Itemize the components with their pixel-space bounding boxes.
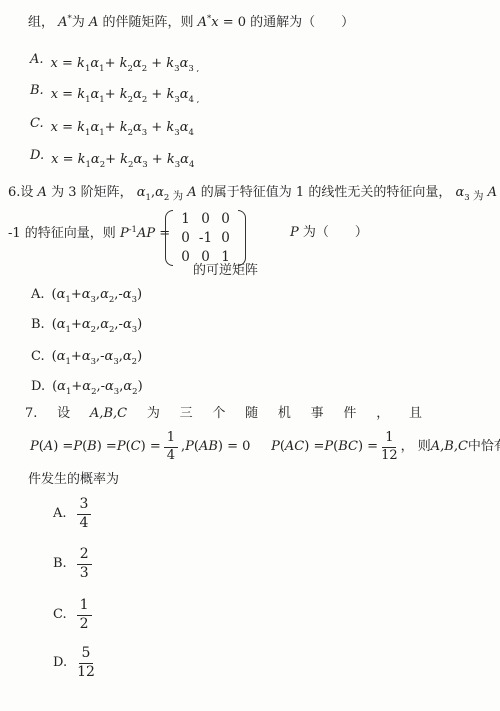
q6-option-d-label: D. — [31, 379, 45, 394]
q6-option-b: B.(α1+α2,α2,-α3) — [31, 318, 142, 336]
q5-stem: 组， A*为 A 的伴随矩阵，则 A*x = 0 的通解为（ ） — [28, 15, 354, 31]
matrix-grid: 1000-10001 — [173, 210, 238, 266]
q5-option-a-label: A. — [30, 52, 44, 67]
q5-option-d-label: D. — [30, 148, 44, 163]
q7-option-b: B.23 — [53, 547, 95, 581]
q6-stem-line2: -1 的特征向量，则 P-1AP = — [8, 226, 170, 242]
q7-option-c-label: C. — [53, 608, 67, 623]
q6-option-c: C.(α1+α3,-α3,α2) — [31, 350, 142, 368]
matrix-right-paren — [238, 210, 246, 266]
q7-option-b-label: B. — [53, 557, 67, 572]
q5-option-b: B.x = k1α1+ k2α2 + k3α4 , — [30, 88, 199, 106]
q6-option-b-label: B. — [31, 317, 45, 332]
q5-option-a: A.x = k1α1+ k2α2 + k3α3 , — [30, 57, 199, 75]
q6-option-b-formula: (α1+α2,α2,-α3) — [52, 317, 143, 332]
q6-diagonal-matrix: 1000-10001 的可逆矩阵 — [165, 210, 246, 266]
q6-option-a-label: A. — [31, 287, 45, 302]
q7-option-c-value: 12 — [74, 598, 95, 632]
q5-option-b-formula: x = k1α1+ k2α2 + k3α4 , — [51, 87, 200, 102]
q7-stem-line1: 7.设A,B,C为三个随机事件，且 — [25, 407, 422, 422]
q7-option-a-label: A. — [53, 507, 67, 522]
q6-option-a: A.(α1+α3,α2,-α3) — [31, 288, 142, 306]
q7-option-d: D.512 — [53, 646, 98, 680]
q5-option-c: C.x = k1α1+ k2α3 + k3α4 — [30, 121, 194, 139]
q5-option-c-formula: x = k1α1+ k2α3 + k3α4 — [51, 120, 194, 135]
q7-option-a: A.34 — [53, 497, 94, 531]
q5-option-a-formula: x = k1α1+ k2α2 + k3α3 , — [51, 56, 200, 71]
q7-option-d-value: 512 — [74, 646, 98, 680]
q6-option-c-label: C. — [31, 349, 45, 364]
q6-option-d-formula: (α1+α2,-α3,α2) — [52, 379, 143, 394]
q6-answer-prompt: P 为（ ） — [290, 226, 368, 241]
matrix-left-paren — [165, 210, 173, 266]
q7-option-b-value: 23 — [74, 547, 95, 581]
q6-stem-line1: 6.设 A 为 3 阶矩阵， α1,α2 为 A 的属于特征值为 1 的线性无关… — [8, 186, 500, 204]
q7-option-c: C.12 — [53, 598, 95, 632]
q6-option-c-formula: (α1+α3,-α3,α2) — [52, 349, 143, 364]
q6-option-d: D.(α1+α2,-α3,α2) — [31, 380, 143, 398]
q6-option-a-formula: (α1+α3,α2,-α3) — [52, 287, 143, 302]
q5-option-d-formula: x = k1α2+ k2α3 + k3α4 — [51, 152, 194, 167]
q5-option-b-label: B. — [30, 83, 44, 98]
q7-stem-line3: 件发生的概率为 — [28, 473, 119, 488]
q5-option-d: D.x = k1α2+ k2α3 + k3α4 — [30, 153, 194, 171]
q5-option-c-label: C. — [30, 116, 44, 131]
exam-page: 组， A*为 A 的伴随矩阵，则 A*x = 0 的通解为（ ） A.x = k… — [0, 0, 500, 711]
q7-option-d-label: D. — [53, 656, 67, 671]
q7-option-a-value: 34 — [74, 497, 95, 531]
q7-stem-line2: P(A) = P(B) = P(C) = 14, P(AB) = 0 P( AC… — [30, 432, 500, 463]
q6-matrix-caption: 的可逆矩阵 — [193, 264, 258, 279]
